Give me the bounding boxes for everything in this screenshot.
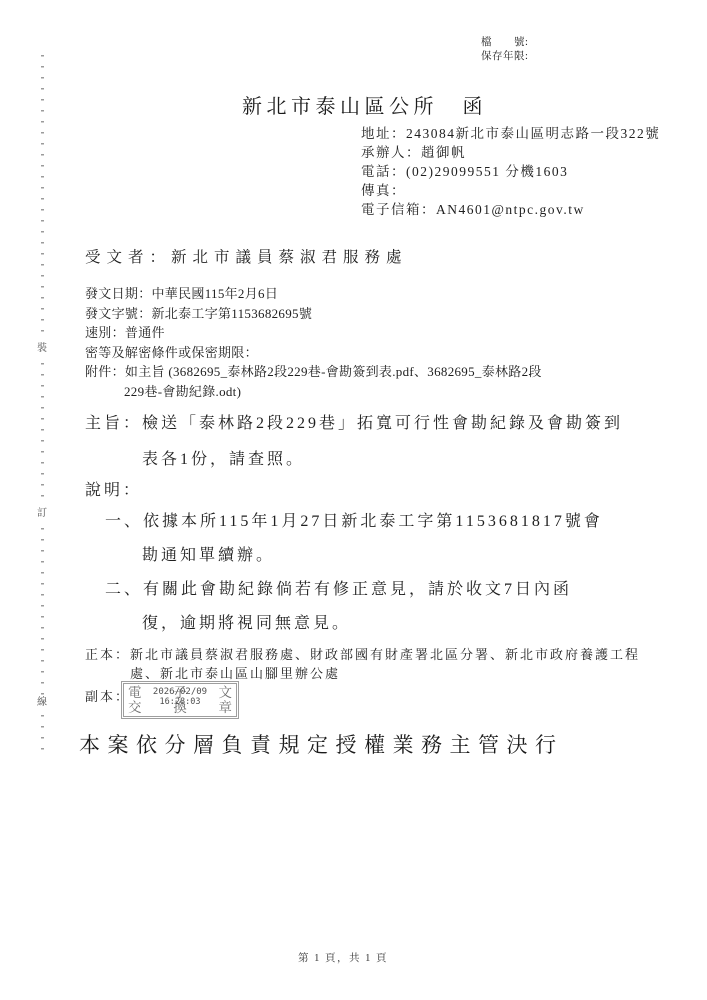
copies-block: 正本：新北市議員蔡淑君服務處、財政部國有財產署北區分署、新北市政府養護工程處、新… [85, 646, 647, 683]
original-copy-label: 正本： [85, 647, 130, 662]
subject-text: 檢送「泰林路2段229巷」拓寬可行性會勘紀錄及會勘簽到表各1份，請查照。 [142, 415, 623, 468]
attachment-label: 附件： [85, 364, 125, 379]
original-copy-line: 正本：新北市議員蔡淑君服務處、財政部國有財產署北區分署、新北市政府養護工程處、新… [85, 646, 647, 683]
description-item-2: 二、有關此會勘紀錄倘若有修正意見，請於收文7日內函復，逾期將視同無意見。 [105, 573, 608, 641]
issue-date-line: 發文日期：中華民國115年2月6日 [85, 284, 561, 304]
document-meta-block: 發文日期：中華民國115年2月6日 發文字號：新北泰工字第1153682695號… [85, 284, 561, 402]
doc-number-line: 發文字號：新北泰工字第1153682695號 [85, 304, 561, 324]
document-title: 新北市泰山區公所 函 [242, 90, 487, 119]
sender-info-block: 地址：243084新北市泰山區明志路一段322號 承辦人：趙御帆 電話：(02)… [361, 124, 661, 219]
subject-line: 主旨：檢送「泰林路2段229巷」拓寬可行性會勘紀錄及會勘簽到表各1份，請查照。 [85, 406, 633, 478]
description-items: 一、依據本所115年1月27日新北泰工字第1153681817號會勘通知單續辦。… [105, 505, 608, 641]
description-item-1: 一、依據本所115年1月27日新北泰工字第1153681817號會勘通知單續辦。 [105, 505, 608, 573]
original-copy-value: 新北市議員蔡淑君服務處、財政部國有財產署北區分署、新北市政府養護工程處、新北市泰… [130, 647, 640, 681]
binding-mark-zhuang: 裝 [33, 341, 51, 357]
attachment-line: 附件：如主旨 (3682695_泰林路2段229巷-會勘簽到表.pdf、3682… [85, 362, 561, 401]
description-label: 說明： [85, 477, 142, 500]
binding-dotted-line [41, 55, 44, 750]
attachment-value: 如主旨 (3682695_泰林路2段229巷-會勘簽到表.pdf、3682695… [124, 364, 542, 399]
archive-labels: 檔 號: 保存年限: [481, 36, 528, 63]
sender-address: 地址：243084新北市泰山區明志路一段322號 [361, 124, 661, 143]
stamp-datetime: 2026/02/09 16:28:03 [124, 688, 236, 707]
subject-label: 主旨： [85, 415, 142, 432]
decision-authorization-note: 本案依分層負責規定授權業務主管決行 [79, 729, 564, 759]
sender-email: 電子信箱：AN4601@ntpc.gov.tw [361, 200, 661, 219]
sender-fax: 傳真： [361, 181, 661, 200]
electronic-exchange-stamp: 電 交 子 換 文 章 2026/02/09 16:28:03 [121, 681, 239, 719]
security-line: 密等及解密條件或保密期限： [85, 343, 561, 363]
binding-mark-xian: 線 [33, 695, 51, 711]
binding-mark-ding: 訂 [33, 506, 51, 522]
retention-period-label: 保存年限: [481, 50, 528, 64]
recipient-line: 受文者：新北市議員蔡淑君服務處 [85, 245, 408, 267]
page-footer: 第 1 頁，共 1 頁 [0, 950, 686, 965]
speed-line: 速別：普通件 [85, 323, 561, 343]
sender-officer: 承辦人：趙御帆 [361, 143, 661, 162]
stamp-date: 2026/02/09 [124, 688, 236, 697]
official-letter-page: 裝 訂 線 檔 號: 保存年限: 新北市泰山區公所 函 地址：243084新北市… [0, 0, 707, 1000]
file-number-label: 檔 號: [481, 36, 528, 50]
stamp-time: 16:28:03 [124, 698, 236, 707]
sender-phone: 電話：(02)29099551 分機1603 [361, 162, 661, 181]
